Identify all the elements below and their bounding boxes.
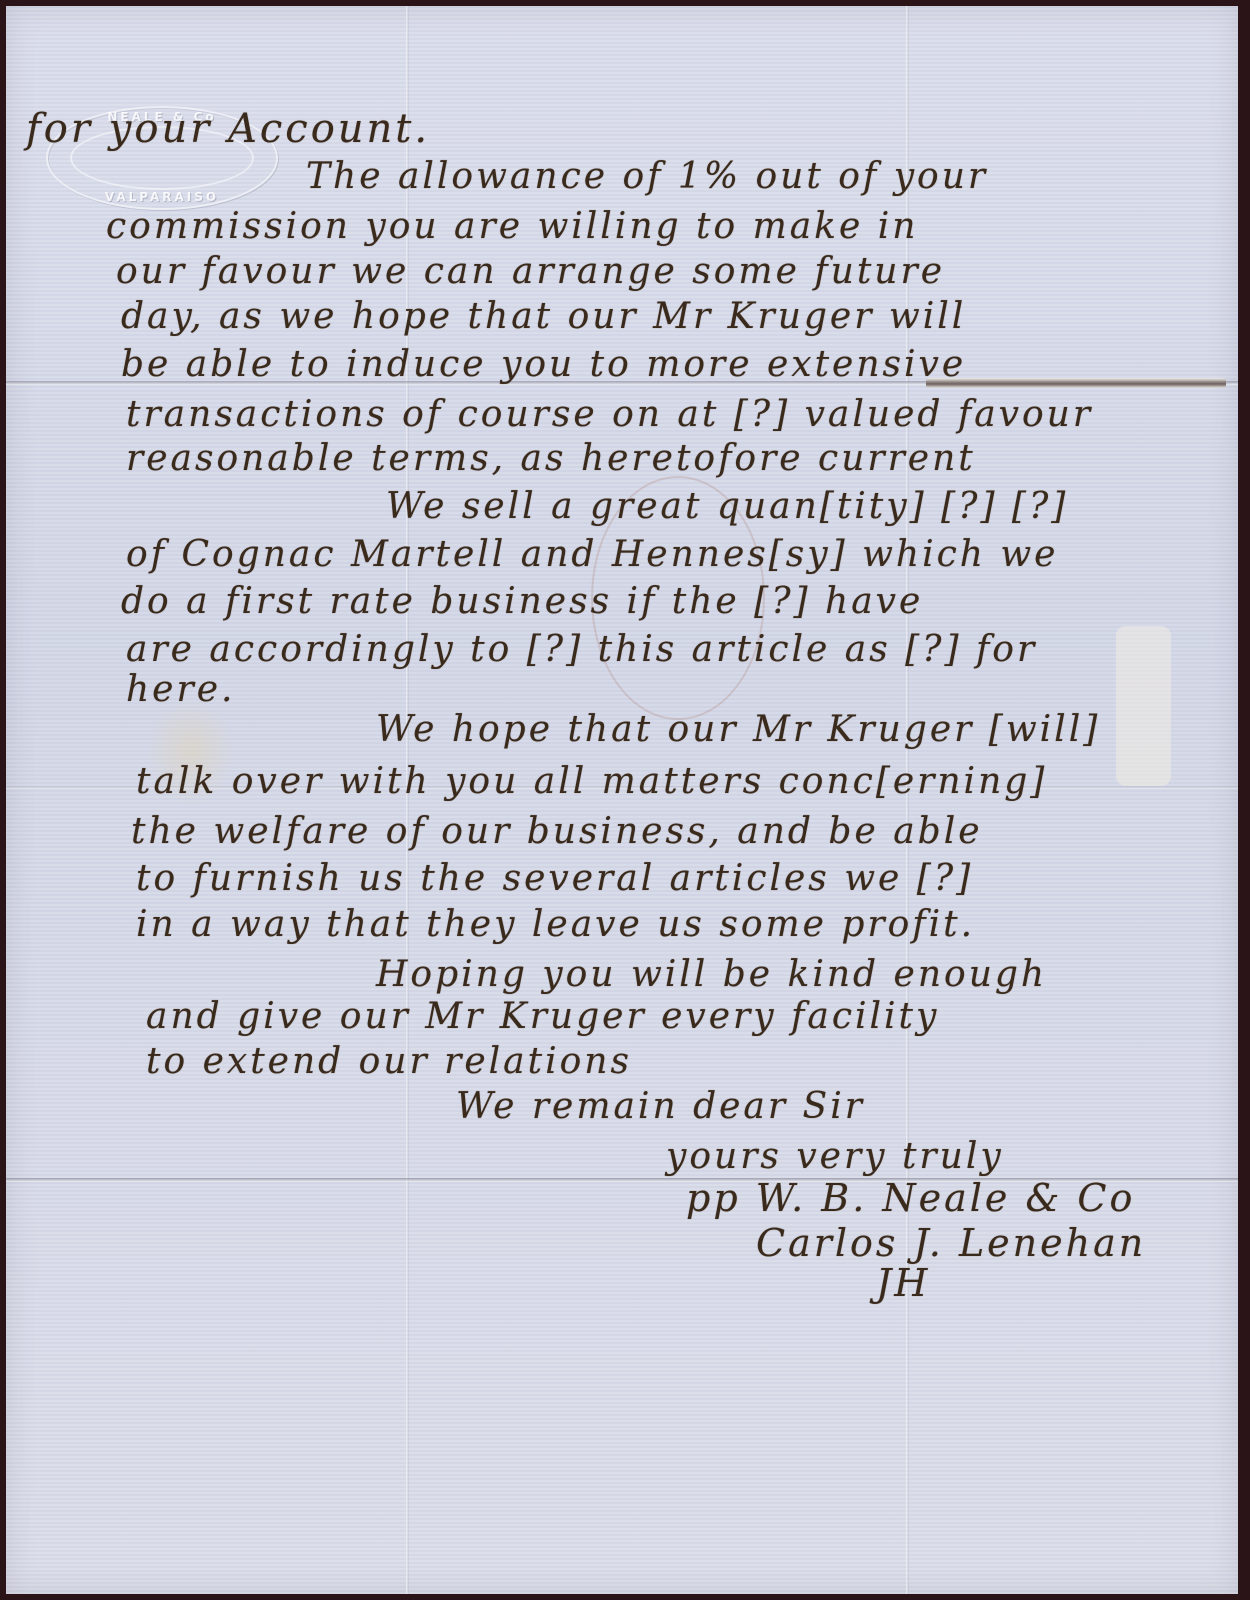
letter-line: of Cognac Martell and Hennes[sy] which w… bbox=[126, 534, 1059, 575]
letter-line: be able to induce you to more extensive bbox=[121, 344, 966, 385]
letter-line: talk over with you all matters conc[erni… bbox=[136, 761, 1047, 802]
letter-line: day, as we hope that our Mr Kruger will bbox=[121, 296, 966, 337]
paper-tear bbox=[926, 378, 1226, 388]
closing-firm: pp W. B. Neale & Co bbox=[686, 1176, 1135, 1220]
letter-line: to extend our relations bbox=[146, 1041, 632, 1082]
letter-heading: for your Account. bbox=[26, 106, 430, 152]
signature: Carlos J. Lenehan bbox=[756, 1221, 1146, 1265]
letter-line: reasonable terms, as heretofore current bbox=[126, 438, 976, 479]
signature-initials: JH bbox=[876, 1261, 930, 1305]
letter-line: to furnish us the several articles we [?… bbox=[136, 858, 973, 899]
closing-remain: We remain dear Sir bbox=[456, 1086, 865, 1127]
letter-line: and give our Mr Kruger every facility bbox=[146, 996, 939, 1037]
embossed-seal-bottom-text: VALPARAISO bbox=[48, 190, 276, 204]
letter-line: We sell a great quan[tity] [?] [?] bbox=[386, 486, 1068, 527]
letter-line: our favour we can arrange some future bbox=[116, 251, 945, 292]
letter-sheet: NEALE & Co VALPARAISO for your Account. … bbox=[6, 6, 1238, 1594]
letter-line: Hoping you will be kind enough bbox=[376, 954, 1047, 995]
letter-line: The allowance of 1% out of your bbox=[306, 156, 988, 197]
closing-yours: yours very truly bbox=[666, 1136, 1004, 1177]
letter-line: in a way that they leave us some profit. bbox=[136, 904, 975, 945]
letter-line: here. bbox=[126, 669, 235, 710]
letter-line: do a first rate business if the [?] have bbox=[121, 581, 923, 622]
letter-line: are accordingly to [?] this article as [… bbox=[126, 629, 1037, 670]
letter-line: We hope that our Mr Kruger [will] bbox=[376, 709, 1100, 750]
letter-line: commission you are willing to make in bbox=[106, 206, 918, 247]
letter-line: the welfare of our business, and be able bbox=[131, 811, 983, 852]
paper-tear bbox=[1116, 626, 1171, 786]
letter-line: transactions of course on at [?] valued … bbox=[126, 394, 1093, 435]
